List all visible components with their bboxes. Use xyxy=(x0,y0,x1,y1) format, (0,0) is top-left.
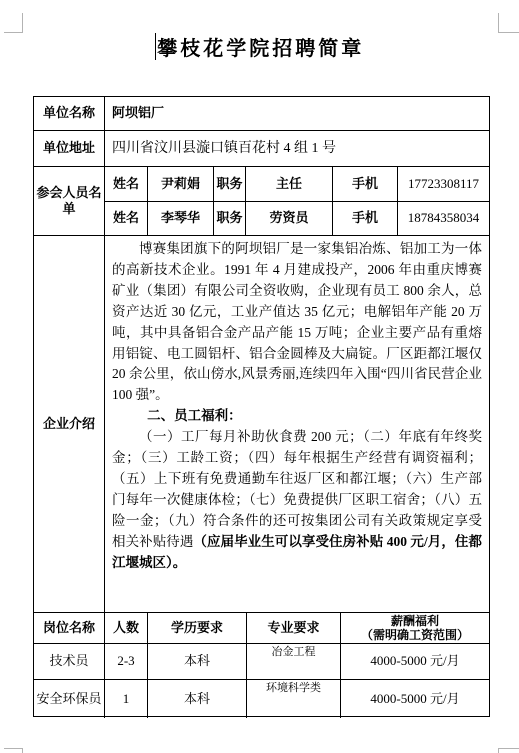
attendee-phone: 17723308117 xyxy=(398,167,489,201)
attendees-label: 参会人员名单 xyxy=(34,167,105,235)
position-major: 冶金工程 xyxy=(247,644,341,679)
attendee-phone: 18784358034 xyxy=(398,202,489,236)
salary-header-text: 薪酬福利（需明确工资范围） xyxy=(361,614,469,643)
unit-address-row: 单位地址 四川省汶川县漩口镇百花村 4 组 1 号 xyxy=(34,131,489,167)
position-header: 岗位名称 xyxy=(34,613,105,643)
position-count: 2-3 xyxy=(105,644,148,679)
position-count: 1 xyxy=(105,680,148,718)
margin-mark-bottom-left xyxy=(4,748,23,753)
recruitment-table: 单位名称 阿坝铝厂 单位地址 四川省汶川县漩口镇百花村 4 组 1 号 参会人员… xyxy=(33,96,490,717)
salary-header: 薪酬福利（需明确工资范围） xyxy=(341,613,489,643)
text-cursor xyxy=(155,33,157,60)
position-major: 环境科学类 xyxy=(247,680,341,718)
position-name: 安全环保员 xyxy=(34,680,105,718)
page-title: 攀枝花学院招聘简章 xyxy=(157,32,364,61)
position-row: 技术员 2-3 本科 冶金工程 4000-5000 元/月 xyxy=(34,644,489,680)
position-row: 安全环保员 1 本科 环境科学类 4000-5000 元/月 xyxy=(34,680,489,718)
attendee-row: 姓名 尹莉娟 职务 主任 手机 17723308117 xyxy=(105,167,489,202)
document-page[interactable]: 攀枝花学院招聘简章 单位名称 阿坝铝厂 单位地址 四川省汶川县漩口镇百花村 4 … xyxy=(0,0,519,753)
phone-label: 手机 xyxy=(333,202,398,236)
intro-paragraph-2-regular: （一）工厂每月补助伙食费 200 元；（二）年底有年终奖金；（三）工龄工资；（四… xyxy=(112,429,482,549)
name-label: 姓名 xyxy=(105,202,148,236)
major-header: 专业要求 xyxy=(247,613,341,643)
unit-address-value: 四川省汶川县漩口镇百花村 4 组 1 号 xyxy=(105,131,489,166)
attendee-name: 尹莉娟 xyxy=(148,167,214,201)
attendee-row: 姓名 李琴华 职务 劳资员 手机 18784358034 xyxy=(105,202,489,236)
intro-paragraph-1: 博赛集团旗下的阿坝铝厂是一家集铝冶炼、铝加工为一体的高新技术企业。1991 年 … xyxy=(112,239,482,406)
unit-name-row: 单位名称 阿坝铝厂 xyxy=(34,97,489,131)
unit-name-value: 阿坝铝厂 xyxy=(105,97,489,130)
education-header: 学历要求 xyxy=(148,613,247,643)
company-intro-row: 企业介绍 博赛集团旗下的阿坝铝厂是一家集铝冶炼、铝加工为一体的高新技术企业。19… xyxy=(34,236,489,613)
unit-name-label: 单位名称 xyxy=(34,97,105,130)
position-education: 本科 xyxy=(148,680,247,718)
attendees-row: 参会人员名单 姓名 尹莉娟 职务 主任 手机 17723308117 姓名 李琴… xyxy=(34,167,489,236)
position-salary: 4000-5000 元/月 xyxy=(341,644,489,679)
count-header: 人数 xyxy=(105,613,148,643)
intro-paragraph-2: （一）工厂每月补助伙食费 200 元；（二）年底有年终奖金；（三）工龄工资；（四… xyxy=(112,427,482,573)
position-name: 技术员 xyxy=(34,644,105,679)
phone-label: 手机 xyxy=(333,167,398,201)
margin-mark-top-left xyxy=(4,13,23,33)
attendee-duty: 劳资员 xyxy=(246,202,333,236)
intro-section-heading: 二、员工福利： xyxy=(112,406,482,427)
attendees-grid: 姓名 尹莉娟 职务 主任 手机 17723308117 姓名 李琴华 职务 劳资… xyxy=(105,167,489,235)
attendee-name: 李琴华 xyxy=(148,202,214,236)
positions-header-row: 岗位名称 人数 学历要求 专业要求 薪酬福利（需明确工资范围） xyxy=(34,613,489,644)
position-salary: 4000-5000 元/月 xyxy=(341,680,489,718)
duty-label: 职务 xyxy=(214,167,246,201)
title-line: 攀枝花学院招聘简章 xyxy=(0,31,519,61)
margin-mark-bottom-right xyxy=(498,748,519,753)
margin-mark-top-right xyxy=(498,13,519,33)
position-education: 本科 xyxy=(148,644,247,679)
attendee-duty: 主任 xyxy=(246,167,333,201)
unit-address-label: 单位地址 xyxy=(34,131,105,166)
name-label: 姓名 xyxy=(105,167,148,201)
duty-label: 职务 xyxy=(214,202,246,236)
company-intro-label: 企业介绍 xyxy=(34,236,105,612)
company-intro-text: 博赛集团旗下的阿坝铝厂是一家集铝冶炼、铝加工为一体的高新技术企业。1991 年 … xyxy=(105,236,489,612)
